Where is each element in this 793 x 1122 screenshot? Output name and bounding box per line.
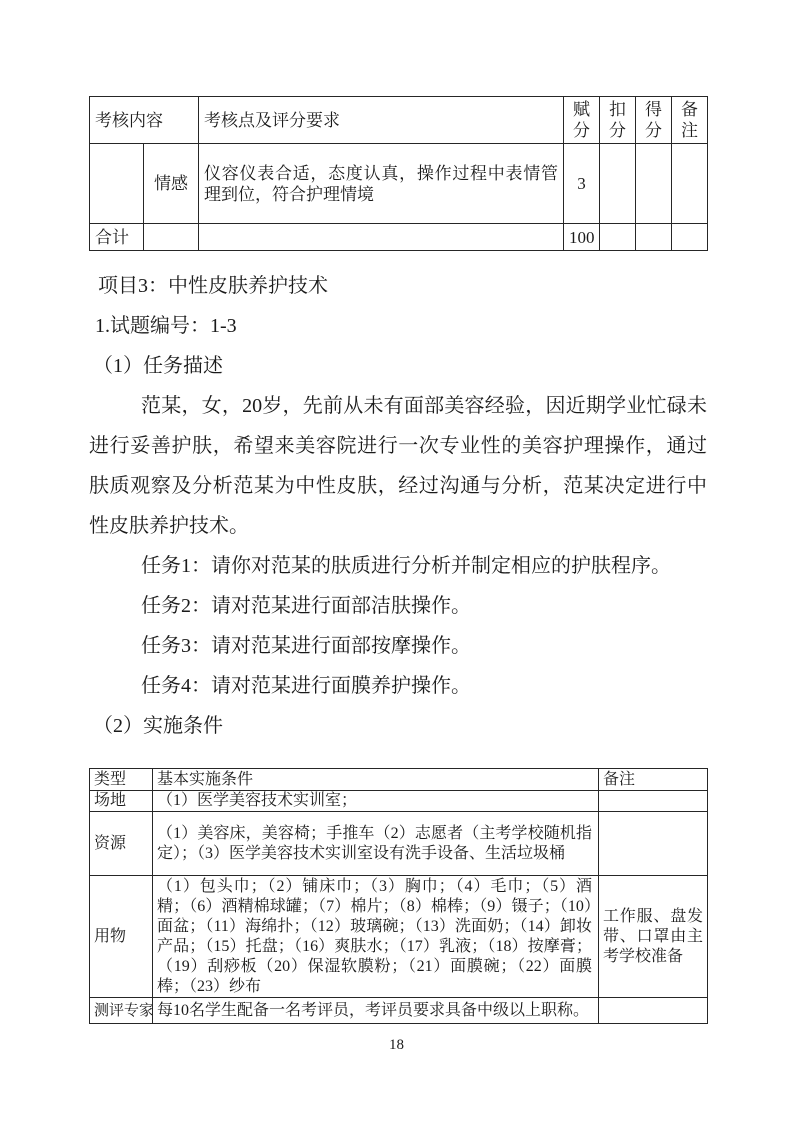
task-item-4: 任务4：请对范某进行面膜养护操作。	[89, 666, 707, 706]
remark-supplies: 工作服、盘发带、口罩由主考学校准备	[599, 876, 708, 998]
remark-site	[599, 791, 708, 812]
header-type: 类型	[90, 769, 153, 791]
header-remark: 备注	[599, 769, 708, 791]
empty-cell	[90, 144, 144, 224]
header-gained-score: 得分	[636, 97, 672, 144]
score-table-header-row: 考核内容 考核点及评分要求 赋分 扣分 得分 备注	[90, 97, 708, 144]
header-criteria: 考核点及评分要求	[199, 97, 564, 144]
type-supplies: 用物	[90, 876, 153, 998]
header-condition: 基本实施条件	[153, 769, 599, 791]
type-site: 场地	[90, 791, 153, 812]
total-label: 合计	[90, 224, 144, 251]
deducted-score-value	[600, 144, 636, 224]
conditions-row-examiner: 测评专家 每10名学生配备一名考评员，考评员要求具备中级以上职称。	[90, 998, 708, 1024]
gained-score-value	[636, 144, 672, 224]
type-examiner: 测评专家	[90, 998, 153, 1024]
type-resources: 资源	[90, 812, 153, 876]
score-table: 考核内容 考核点及评分要求 赋分 扣分 得分 备注 情感 仪容仪表合适，态度认真…	[89, 96, 708, 251]
task-item-1: 任务1：请你对范某的肤质进行分析并制定相应的护肤程序。	[89, 546, 707, 586]
header-exam-content: 考核内容	[90, 97, 199, 144]
scenario-paragraph: 范某，女，20岁，先前从未有面部美容经验，因近期学业忙碌未进行妥善护肤，希望来美…	[89, 386, 707, 546]
conditions-table-header-row: 类型 基本实施条件 备注	[90, 769, 708, 791]
subcategory-label: 情感	[144, 144, 199, 224]
empty-cell	[144, 224, 199, 251]
condition-supplies: （1）包头巾；（2）铺床巾；（3）胸巾；（4）毛巾；（5）酒精；（6）酒精棉球罐…	[153, 876, 599, 998]
total-remark	[672, 224, 708, 251]
task-description-heading: （1）任务描述	[89, 346, 707, 386]
condition-examiner: 每10名学生配备一名考评员，考评员要求具备中级以上职称。	[153, 998, 599, 1024]
total-deducted-score	[600, 224, 636, 251]
conditions-row-resources: 资源 （1）美容床，美容椅；手推车（2）志愿者（主考学校随机指定）；（3）医学美…	[90, 812, 708, 876]
conditions-table: 类型 基本实施条件 备注 场地 （1）医学美容技术实训室； 资源 （1）美容床，…	[89, 768, 708, 1024]
score-table-total-row: 合计 100	[90, 224, 708, 251]
document-page: 考核内容 考核点及评分要求 赋分 扣分 得分 备注 情感 仪容仪表合适，态度认真…	[0, 0, 793, 1122]
total-gained-score	[636, 224, 672, 251]
question-number: 1.试题编号：1-3	[89, 306, 707, 346]
task-item-2: 任务2：请对范某进行面部洁肤操作。	[89, 586, 707, 626]
total-assigned-score: 100	[564, 224, 600, 251]
body-text: 项目3：中性皮肤养护技术 1.试题编号：1-3 （1）任务描述 范某，女，20岁…	[89, 266, 707, 746]
task-item-3: 任务3：请对范某进行面部按摩操作。	[89, 626, 707, 666]
empty-cell	[199, 224, 564, 251]
remark-examiner	[599, 998, 708, 1024]
page-number: 18	[0, 1036, 793, 1054]
header-deducted-score: 扣分	[600, 97, 636, 144]
score-table-row-emotion: 情感 仪容仪表合适，态度认真，操作过程中表情管理到位，符合护理情境 3	[90, 144, 708, 224]
conditions-row-supplies: 用物 （1）包头巾；（2）铺床巾；（3）胸巾；（4）毛巾；（5）酒精；（6）酒精…	[90, 876, 708, 998]
conditions-heading: （2）实施条件	[89, 706, 707, 746]
header-assigned-score: 赋分	[564, 97, 600, 144]
condition-site: （1）医学美容技术实训室；	[153, 791, 599, 812]
remark-resources	[599, 812, 708, 876]
assigned-score-value: 3	[564, 144, 600, 224]
criteria-text: 仪容仪表合适，态度认真，操作过程中表情管理到位，符合护理情境	[199, 144, 564, 224]
remark-value	[672, 144, 708, 224]
project-title: 项目3：中性皮肤养护技术	[89, 266, 707, 306]
conditions-row-site: 场地 （1）医学美容技术实训室；	[90, 791, 708, 812]
header-remark: 备注	[672, 97, 708, 144]
condition-resources: （1）美容床，美容椅；手推车（2）志愿者（主考学校随机指定）；（3）医学美容技术…	[153, 812, 599, 876]
